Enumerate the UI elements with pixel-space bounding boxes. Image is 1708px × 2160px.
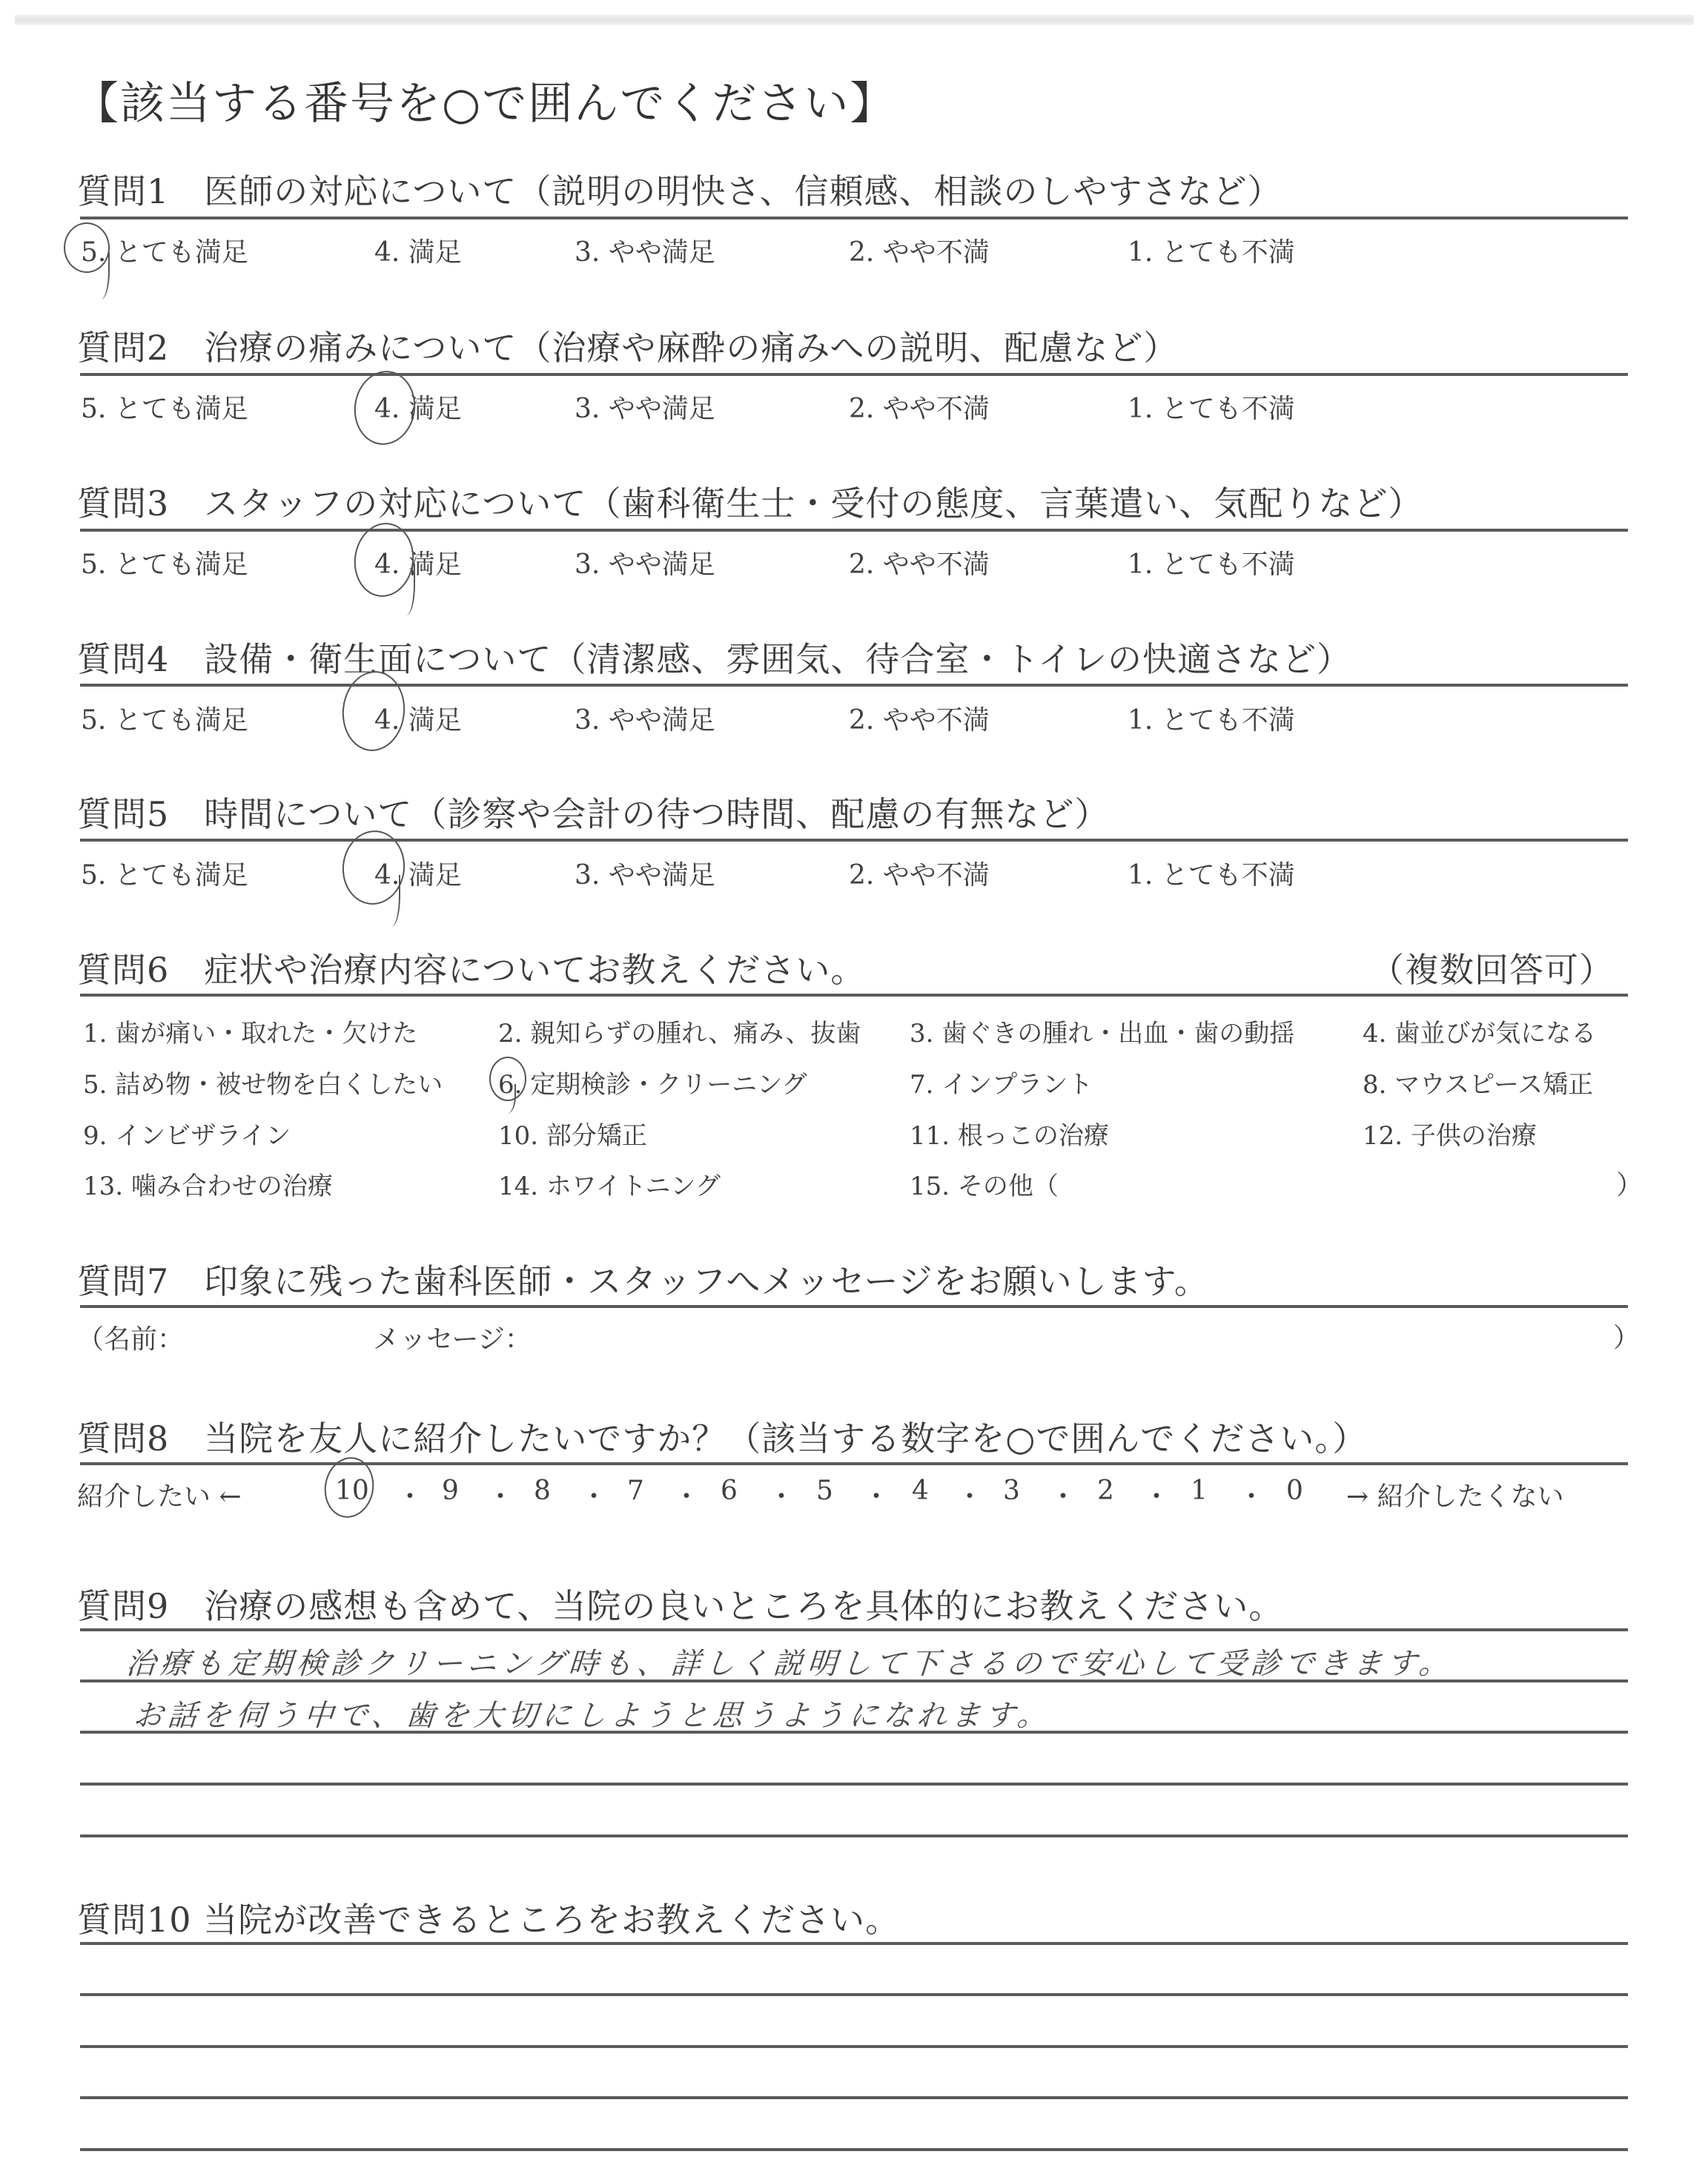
q9-answer-line-4[interactable]: [132, 1796, 1617, 1829]
q6-item-7[interactable]: 7. インプラント: [910, 1064, 1093, 1100]
q2-option-1[interactable]: 1. とても不満: [1128, 388, 1295, 426]
q1-option-1[interactable]: 1. とても不満: [1128, 231, 1295, 269]
q10-answer-line-3[interactable]: [132, 2058, 1617, 2091]
q2-option-2[interactable]: 2. やや不満: [849, 388, 990, 426]
q9-rule-1: [80, 1680, 1628, 1682]
q8-scale-0[interactable]: 0: [1286, 1476, 1303, 1506]
q8-separator: ・: [673, 1476, 700, 1513]
q10-rule-4: [80, 2148, 1628, 2151]
q8-separator: ・: [487, 1476, 514, 1513]
q10-answer-line-4[interactable]: [132, 2110, 1617, 2142]
q8-separator: ・: [1143, 1476, 1170, 1513]
q9-rule-0: [80, 1628, 1628, 1631]
q8-separator: ・: [580, 1476, 607, 1513]
q5-circle-stroke: [385, 875, 400, 927]
q7-message-label: メッセージ：: [373, 1318, 532, 1356]
q8-scale-7[interactable]: 7: [627, 1476, 644, 1506]
q1-heading: 質問1 医師の対応について（説明の明快さ、信頼感、相談のしやすさなど）: [77, 165, 1282, 214]
q8-separator: ・: [863, 1476, 890, 1513]
q7-name-label: （名前：: [77, 1318, 184, 1356]
q7-close-paren: ）: [1613, 1317, 1640, 1355]
q6-item-9[interactable]: 9. インビザライン: [83, 1115, 291, 1152]
q1-circle-stroke: [95, 252, 110, 300]
q9-heading: 質問9 治療の感想も含めて、当院の良いところを具体的にお教えください。: [77, 1579, 1283, 1628]
q1-option-2[interactable]: 2. やや不満: [849, 231, 990, 269]
q9-rule-3: [80, 1783, 1628, 1786]
q7-rule: [80, 1305, 1628, 1308]
q4-rule: [80, 684, 1628, 687]
q8-separator: ・: [1050, 1476, 1076, 1513]
q6-heading: 質問6 症状や治療内容についてお教えください。: [77, 943, 865, 992]
q6-item-6[interactable]: 6. 定期検診・クリーニング: [498, 1064, 807, 1100]
q4-option-5[interactable]: 5. とても満足: [81, 699, 248, 737]
q6-item-3[interactable]: 3. 歯ぐきの腫れ・出血・歯の動揺: [910, 1013, 1294, 1049]
q3-option-2[interactable]: 2. やや不満: [849, 544, 990, 581]
q8-heading: 質問8 当院を友人に紹介したいですか？（該当する数字を○で囲んでください。）: [77, 1412, 1367, 1461]
q6-item-1[interactable]: 1. 歯が痛い・取れた・欠けた: [83, 1013, 417, 1049]
q8-separator: ・: [768, 1476, 795, 1513]
q8-separator: ・: [397, 1476, 423, 1513]
q6-item-15-other[interactable]: 15. その他（: [910, 1166, 1059, 1202]
q9-rule-2: [80, 1731, 1628, 1734]
q9-answer-line-1[interactable]: 治療も定期検診クリーニング時も、詳しく説明して下さるので安心して受診できます。: [125, 1640, 1454, 1682]
q2-selected-circle: [349, 367, 420, 449]
q8-scale-4[interactable]: 4: [912, 1476, 929, 1506]
q3-option-1[interactable]: 1. とても不満: [1128, 544, 1295, 581]
q5-option-1[interactable]: 1. とても不満: [1128, 854, 1295, 892]
q8-scale-2[interactable]: 2: [1097, 1476, 1114, 1506]
q8-scale-9[interactable]: 9: [442, 1476, 459, 1506]
q6-item-8[interactable]: 8. マウスピース矯正: [1363, 1064, 1593, 1100]
q6-item-2[interactable]: 2. 親知らずの腫れ、痛み、抜歯: [498, 1013, 861, 1049]
q5-rule: [80, 839, 1628, 842]
q4-option-2[interactable]: 2. やや不満: [849, 699, 990, 737]
q1-rule: [80, 217, 1628, 219]
q2-option-3[interactable]: 3. やや満足: [575, 388, 715, 426]
q8-scale-1[interactable]: 1: [1191, 1476, 1208, 1506]
q6-rule: [80, 994, 1628, 997]
q6-item-14[interactable]: 14. ホワイトニング: [498, 1166, 721, 1202]
q8-scale-5[interactable]: 5: [816, 1476, 833, 1506]
q10-heading: 質問10 当院が改善できるところをお教えください。: [77, 1893, 900, 1942]
q10-rule-3: [80, 2096, 1628, 2099]
q3-heading: 質問3 スタッフの対応について（歯科衛生士・受付の態度、言葉遣い、気配りなど）: [77, 477, 1423, 526]
q10-rule-1: [80, 1993, 1628, 1996]
q8-scale-8[interactable]: 8: [534, 1476, 551, 1506]
q7-message-field[interactable]: [563, 1318, 1601, 1348]
q8-scale-3[interactable]: 3: [1003, 1476, 1020, 1506]
q3-option-5[interactable]: 5. とても満足: [81, 544, 248, 581]
q4-heading: 質問4 設備・衛生面について（清潔感、雰囲気、待合室・トイレの快適さなど）: [77, 633, 1351, 681]
q5-heading: 質問5 時間について（診察や会計の待つ時間、配慮の有無など）: [77, 787, 1109, 836]
q3-circle-stroke: [400, 564, 415, 615]
q6-item-5[interactable]: 5. 詰め物・被せ物を白くしたい: [83, 1064, 443, 1100]
q8-left-label: 紹介したい ←: [77, 1476, 242, 1513]
q7-heading: 質問7 印象に残った歯科医師・スタッフへメッセージをお願いします。: [77, 1255, 1209, 1304]
q4-option-3[interactable]: 3. やや満足: [575, 699, 715, 737]
scan-top-edge: [15, 15, 1694, 25]
q6-item-12[interactable]: 12. 子供の治療: [1363, 1115, 1537, 1152]
q9-answer-line-3[interactable]: [132, 1744, 1617, 1777]
q3-option-3[interactable]: 3. やや満足: [575, 544, 715, 581]
q10-answer-line-2[interactable]: [132, 2007, 1617, 2039]
q6-item-10[interactable]: 10. 部分矯正: [498, 1115, 647, 1152]
q10-rule-2: [80, 2045, 1628, 2048]
q7-name-field[interactable]: [222, 1318, 356, 1348]
q6-other-close-paren: ）: [1616, 1164, 1643, 1202]
q6-item-13[interactable]: 13. 噛み合わせの治療: [83, 1166, 333, 1202]
q9-rule-4: [80, 1834, 1628, 1837]
q2-option-5[interactable]: 5. とても満足: [81, 388, 248, 426]
q8-separator: ・: [956, 1476, 983, 1513]
page-title: 【該当する番号を○で囲んでください】: [74, 68, 896, 132]
q5-option-2[interactable]: 2. やや不満: [849, 854, 990, 892]
q10-rule-0: [80, 1942, 1628, 1945]
q4-option-1[interactable]: 1. とても不満: [1128, 699, 1295, 737]
q3-rule: [80, 529, 1628, 532]
q6-item-11[interactable]: 11. 根っこの治療: [910, 1115, 1109, 1152]
q10-answer-line-1[interactable]: [132, 1955, 1617, 1987]
q6-multiple-answer-note: （複数回答可）: [1370, 943, 1614, 992]
q1-option-4[interactable]: 4. 満足: [374, 231, 462, 269]
q8-right-label: → 紹介したくない: [1346, 1476, 1564, 1513]
q8-separator: ・: [1238, 1476, 1265, 1513]
q5-option-5[interactable]: 5. とても満足: [81, 854, 248, 892]
q2-heading: 質問2 治療の痛みについて（治療や麻酔の痛みへの説明、配慮など）: [77, 321, 1178, 370]
q1-option-3[interactable]: 3. やや満足: [575, 231, 715, 269]
q6-circle-stroke: [501, 1084, 516, 1114]
q6-item-4[interactable]: 4. 歯並びが気になる: [1363, 1013, 1596, 1049]
q9-answer-line-2[interactable]: お話を伺う中で、歯を大切にしようと思うようになれます。: [132, 1692, 1053, 1734]
q5-option-3[interactable]: 3. やや満足: [575, 854, 715, 892]
q2-rule: [80, 373, 1628, 376]
q8-scale-6[interactable]: 6: [721, 1476, 738, 1506]
q8-rule: [80, 1462, 1628, 1465]
